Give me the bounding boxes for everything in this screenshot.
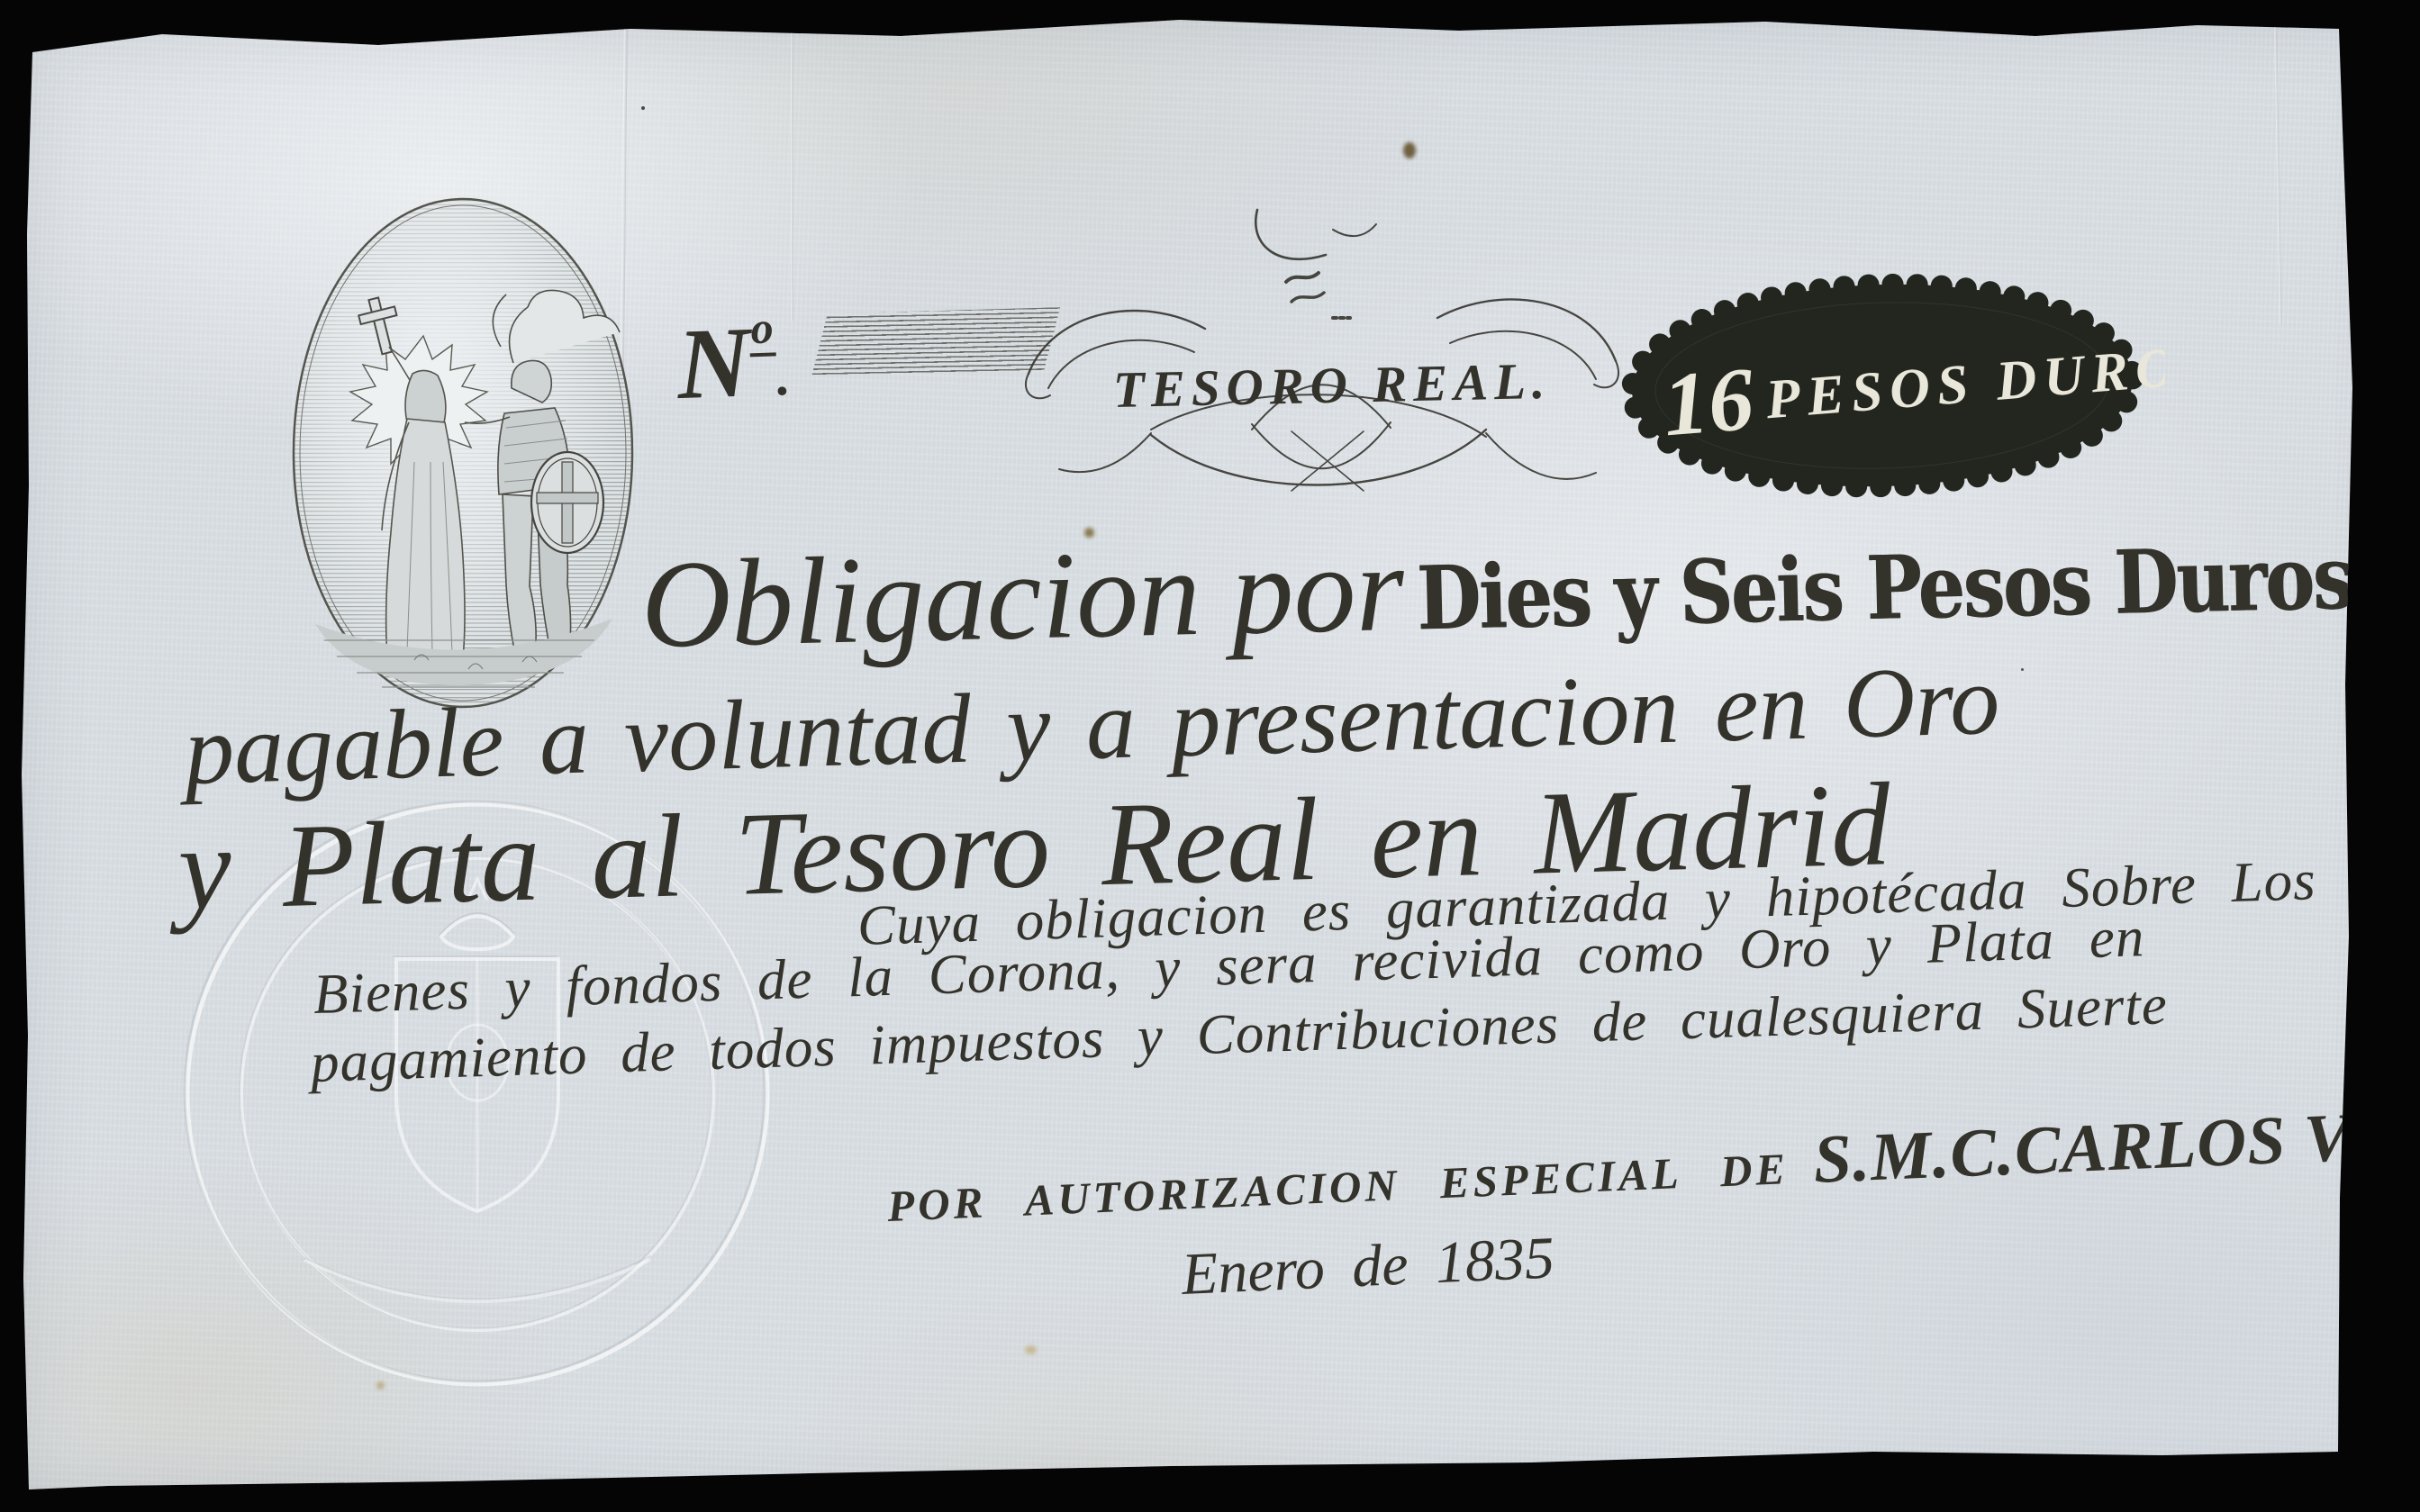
serial-o: o <box>748 302 776 357</box>
heading-blackletter: Dies y Seis Pesos Duros <box>1416 526 2353 650</box>
date-line: Enero de 1835 <box>1180 1224 1555 1309</box>
foxing-spot <box>1084 528 1094 538</box>
fold-crease <box>791 23 793 321</box>
serial-prefix: No. <box>675 301 792 423</box>
ink-speck <box>641 106 645 110</box>
stamp-value: 16 <box>1660 349 1758 456</box>
serial-dot: . <box>775 347 791 406</box>
foxing-spot <box>1403 142 1416 158</box>
authorization-line: POR AUTORIZACION ESPECIAL DE S.M.C.CARLO… <box>885 1099 2361 1238</box>
foxing-spot <box>1025 1345 1037 1354</box>
scanned-note-photo: No. <box>0 0 2420 1512</box>
title-block: TESORO REAL. <box>1016 203 1628 518</box>
heading-script: Obligacion por <box>639 519 1405 674</box>
denomination-stamp: 16 PESOS DUROS <box>1601 251 2169 519</box>
foxing-spot <box>376 1381 385 1390</box>
serial-n: N <box>675 306 752 421</box>
allegory-vignette-engraving <box>288 192 638 714</box>
obligation-heading: Obligacion por Dies y Seis Pesos Duros <box>639 490 2420 676</box>
ink-speck <box>2021 668 2024 671</box>
authorization-large: S.M.C.CARLOS V. <box>1812 1100 2361 1198</box>
authorization-small: POR AUTORIZACION ESPECIAL DE <box>886 1144 1790 1231</box>
banknote-paper: No. <box>0 0 2420 1512</box>
title-tesoro-real: TESORO REAL. <box>1112 352 1552 420</box>
fold-crease <box>2274 27 2282 324</box>
